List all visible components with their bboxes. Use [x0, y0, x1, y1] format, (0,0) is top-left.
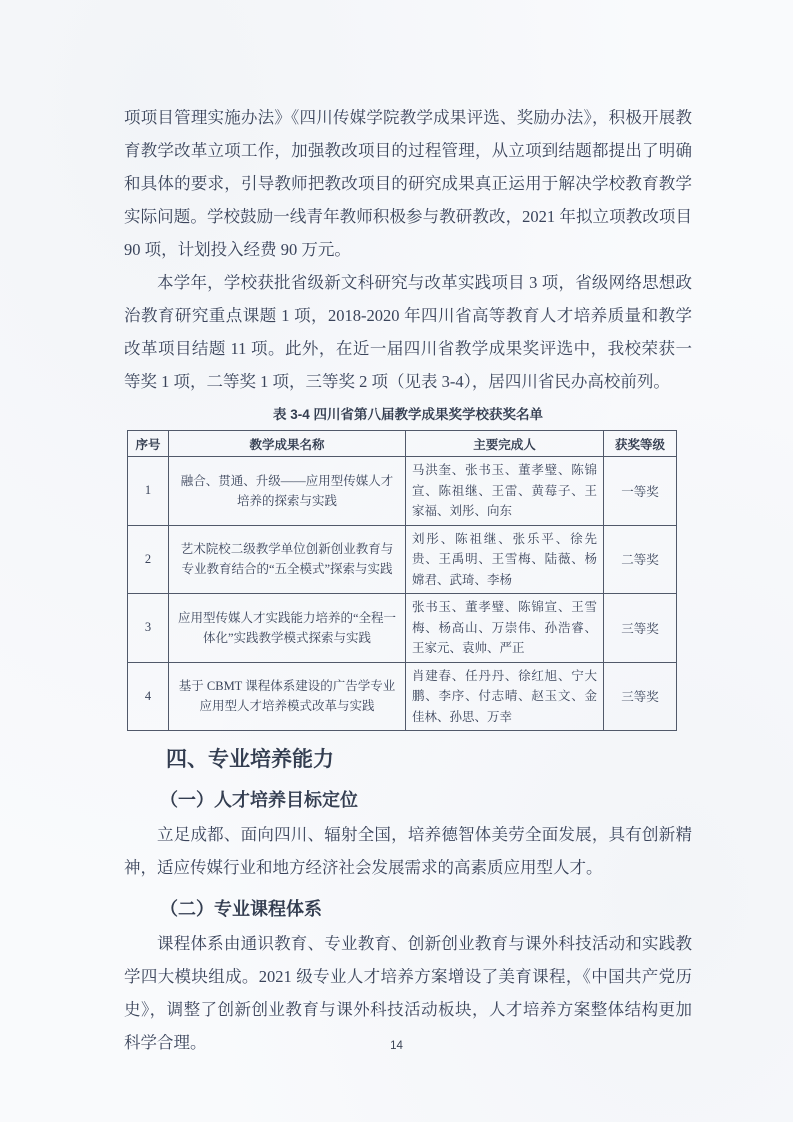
cell-achievement-name: 融合、贯通、升级——应用型传媒人才培养的探索与实践	[169, 457, 406, 526]
body-paragraph-1: 项项目管理实施办法》《四川传媒学院教学成果评选、奖励办法》，积极开展教育教学改革…	[124, 101, 692, 266]
cell-achievement-name: 应用型传媒人才实践能力培养的“全程一体化”实践教学模式探索与实践	[169, 594, 406, 663]
table-caption: 表 3-4 四川省第八届教学成果奖学校获奖名单	[124, 403, 692, 423]
subsection-1-paragraph: 立足成都、面向四川、辐射全国，培养德智体美劳全面发展，具有创新精神，适应传媒行业…	[124, 818, 692, 884]
cell-award-level: 一等奖	[604, 457, 677, 526]
subsection-heading-2: （二）专业课程体系	[124, 895, 692, 923]
cell-number: 4	[128, 662, 169, 731]
section-heading-4: 四、专业培养能力	[124, 745, 692, 775]
table-row: 4 基于 CBMT 课程体系建设的广告学专业应用型人才培养模式改革与实践 肖建春…	[128, 662, 677, 731]
cell-contributors: 马洪奎、张书玉、董孝璧、陈锦宣、陈祖继、王雷、黄莓子、王家福、刘彤、向东	[406, 457, 604, 526]
col-header-number: 序号	[128, 431, 169, 457]
cell-achievement-name: 基于 CBMT 课程体系建设的广告学专业应用型人才培养模式改革与实践	[169, 662, 406, 731]
document-page: 项项目管理实施办法》《四川传媒学院教学成果评选、奖励办法》，积极开展教育教学改革…	[0, 0, 793, 1122]
cell-achievement-name: 艺术院校二级教学单位创新创业教育与专业教育结合的“五全模式”探索与实践	[169, 525, 406, 594]
table-row: 1 融合、贯通、升级——应用型传媒人才培养的探索与实践 马洪奎、张书玉、董孝璧、…	[128, 457, 677, 526]
cell-number: 1	[128, 457, 169, 526]
cell-number: 3	[128, 594, 169, 663]
subsection-heading-1: （一）人才培养目标定位	[124, 786, 692, 814]
table-header-row: 序号 教学成果名称 主要完成人 获奖等级	[128, 431, 677, 457]
cell-award-level: 三等奖	[604, 662, 677, 731]
cell-contributors: 刘彤、陈祖继、张乐平、徐先贵、王禹明、王雪梅、陆薇、杨嫦君、武琦、李杨	[406, 525, 604, 594]
cell-contributors: 肖建春、任丹丹、徐红旭、宁大鹏、李序、付志晴、赵玉文、金佳林、孙思、万幸	[406, 662, 604, 731]
col-header-main-contributors: 主要完成人	[406, 431, 604, 457]
awards-table: 序号 教学成果名称 主要完成人 获奖等级 1 融合、贯通、升级——应用型传媒人才…	[127, 430, 677, 731]
table-row: 2 艺术院校二级教学单位创新创业教育与专业教育结合的“五全模式”探索与实践 刘彤…	[128, 525, 677, 594]
cell-contributors: 张书玉、董孝璧、陈锦宣、王雪梅、杨高山、万崇伟、孙浩睿、王家元、袁帅、严正	[406, 594, 604, 663]
col-header-award-level: 获奖等级	[604, 431, 677, 457]
page-number: 14	[0, 1040, 793, 1052]
cell-award-level: 二等奖	[604, 525, 677, 594]
cell-award-level: 三等奖	[604, 594, 677, 663]
cell-number: 2	[128, 525, 169, 594]
col-header-achievement-name: 教学成果名称	[169, 431, 406, 457]
body-paragraph-2: 本学年，学校获批省级新文科研究与改革实践项目 3 项，省级网络思想政治教育研究重…	[124, 266, 692, 398]
table-row: 3 应用型传媒人才实践能力培养的“全程一体化”实践教学模式探索与实践 张书玉、董…	[128, 594, 677, 663]
page-content: 项项目管理实施办法》《四川传媒学院教学成果评选、奖励办法》，积极开展教育教学改革…	[124, 101, 692, 1059]
